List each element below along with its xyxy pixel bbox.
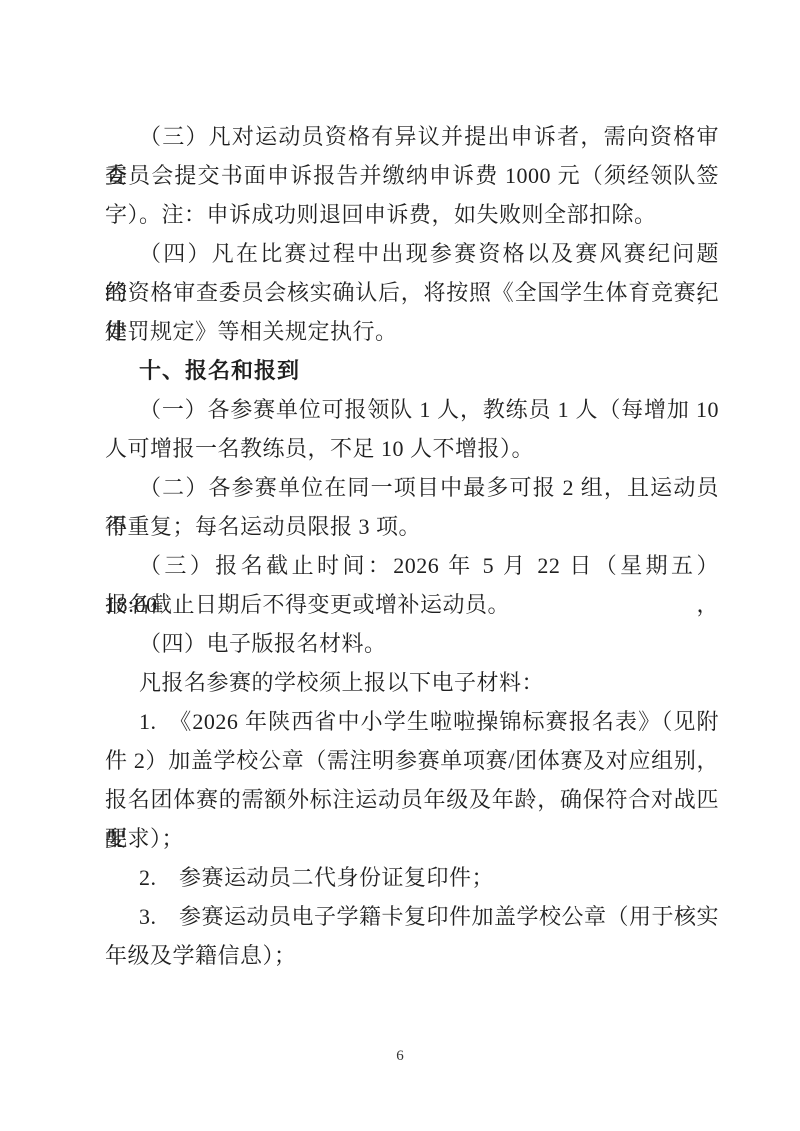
text-line: 报名团体赛的需额外标注运动员年级及年龄，确保符合对战匹配 [105, 780, 719, 819]
text-line: 人可增报一名教练员，不足 10 人不增报）。 [105, 429, 719, 468]
text-line: （三）凡对运动员资格有异议并提出申诉者，需向资格审查 [105, 117, 719, 156]
text-line: 凡报名参赛的学校须上报以下电子材料： [105, 663, 719, 702]
document-body: （三）凡对运动员资格有异议并提出申诉者，需向资格审查委员会提交书面申诉报告并缴纳… [105, 117, 719, 975]
page-footer: 6 [0, 1048, 800, 1065]
text-line: 字）。注：申诉成功则退回申诉费，如失败则全部扣除。 [105, 195, 719, 234]
text-line: 处罚规定》等相关规定执行。 [105, 312, 719, 351]
text-line: （一）各参赛单位可报领队 1 人，教练员 1 人（每增加 10 [105, 390, 719, 429]
page-number: 6 [396, 1048, 404, 1064]
text-line: 经资格审查委员会核实确认后，将按照《全国学生体育竞赛纪律 [105, 273, 719, 312]
text-line: （四）电子版报名材料。 [105, 624, 719, 663]
text-line: 十、报名和报到 [105, 351, 719, 390]
text-line: 3. 参赛运动员电子学籍卡复印件加盖学校公章（用于核实 [105, 897, 719, 936]
text-line: 得重复；每名运动员限报 3 项。 [105, 507, 719, 546]
text-line: （二）各参赛单位在同一项目中最多可报 2 组，且运动员不 [105, 468, 719, 507]
text-line: 年级及学籍信息）； [105, 936, 719, 975]
text-line: 委员会提交书面申诉报告并缴纳申诉费 1000 元（须经领队签 [105, 156, 719, 195]
text-line: 要求）； [105, 819, 719, 858]
text-line: （四）凡在比赛过程中出现参赛资格以及赛风赛纪问题的， [105, 234, 719, 273]
text-line: （三）报名截止时间：2026 年 5 月 22 日（星期五）18:00， [105, 546, 719, 585]
text-line: 2. 参赛运动员二代身份证复印件； [105, 858, 719, 897]
text-line: 1. 《2026 年陕西省中小学生啦啦操锦标赛报名表》（见附 [105, 702, 719, 741]
text-line: 件 2）加盖学校公章（需注明参赛单项赛/团体赛及对应组别， [105, 741, 719, 780]
page: （三）凡对运动员资格有异议并提出申诉者，需向资格审查委员会提交书面申诉报告并缴纳… [0, 0, 800, 1131]
